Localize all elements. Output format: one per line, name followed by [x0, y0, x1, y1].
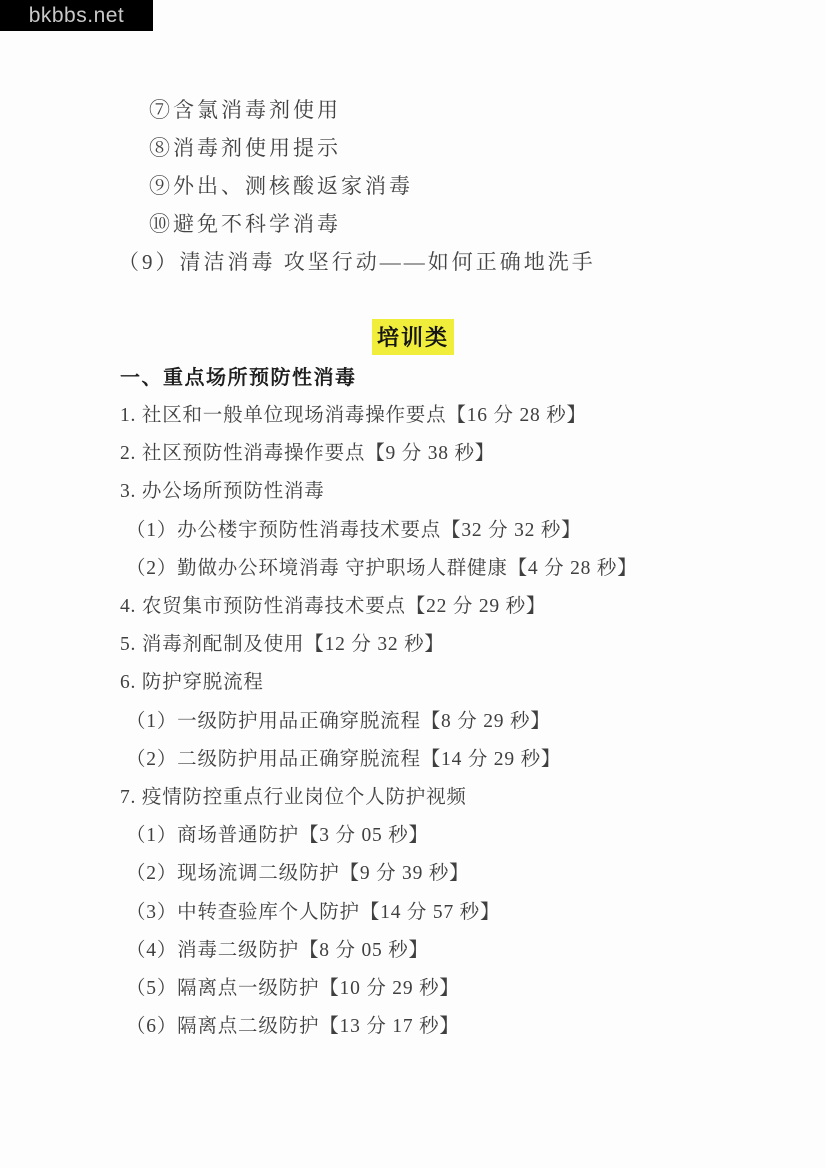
list-item: （1）商场普通防护【3 分 05 秒】 — [0, 814, 826, 852]
list-item: 7. 疫情防控重点行业岗位个人防护视频 — [0, 776, 826, 814]
list-item: （2）现场流调二级防护【9 分 39 秒】 — [0, 852, 826, 890]
list-item: 3. 办公场所预防性消毒 — [0, 470, 826, 508]
list-item: ⑩避免不科学消毒 — [0, 204, 826, 242]
list-item: （6）隔离点二级防护【13 分 17 秒】 — [0, 1005, 826, 1043]
section-title-row: 培训类 — [0, 318, 826, 356]
list-item: （1）办公楼宇预防性消毒技术要点【32 分 32 秒】 — [0, 509, 826, 547]
section-title-highlight: 培训类 — [372, 319, 454, 355]
list-item: （1）一级防护用品正确穿脱流程【8 分 29 秒】 — [0, 700, 826, 738]
list-item: ⑦含氯消毒剂使用 — [0, 90, 826, 128]
list-item: （5）隔离点一级防护【10 分 29 秒】 — [0, 967, 826, 1005]
list-item: （2）勤做办公环境消毒 守护职场人群健康【4 分 28 秒】 — [0, 547, 826, 585]
document-page: ⑦含氯消毒剂使用⑧消毒剂使用提示⑨外出、测核酸返家消毒⑩避免不科学消毒（9）清洁… — [0, 0, 826, 1043]
list-item: ⑨外出、测核酸返家消毒 — [0, 166, 826, 204]
list-item: （9）清洁消毒 攻坚行动——如何正确地洗手 — [0, 242, 826, 280]
section-heading: 一、重点场所预防性消毒 — [0, 356, 826, 394]
training-item-list: 1. 社区和一般单位现场消毒操作要点【16 分 28 秒】2. 社区预防性消毒操… — [0, 394, 826, 1043]
list-item: （4）消毒二级防护【8 分 05 秒】 — [0, 929, 826, 967]
intro-list: ⑦含氯消毒剂使用⑧消毒剂使用提示⑨外出、测核酸返家消毒⑩避免不科学消毒（9）清洁… — [0, 90, 826, 280]
list-item: ⑧消毒剂使用提示 — [0, 128, 826, 166]
list-item: 6. 防护穿脱流程 — [0, 661, 826, 699]
list-item: 4. 农贸集市预防性消毒技术要点【22 分 29 秒】 — [0, 585, 826, 623]
list-item: （3）中转查验库个人防护【14 分 57 秒】 — [0, 890, 826, 928]
list-item: 2. 社区预防性消毒操作要点【9 分 38 秒】 — [0, 432, 826, 470]
list-item: （2）二级防护用品正确穿脱流程【14 分 29 秒】 — [0, 738, 826, 776]
list-item: 5. 消毒剂配制及使用【12 分 32 秒】 — [0, 623, 826, 661]
list-item: 1. 社区和一般单位现场消毒操作要点【16 分 28 秒】 — [0, 394, 826, 432]
